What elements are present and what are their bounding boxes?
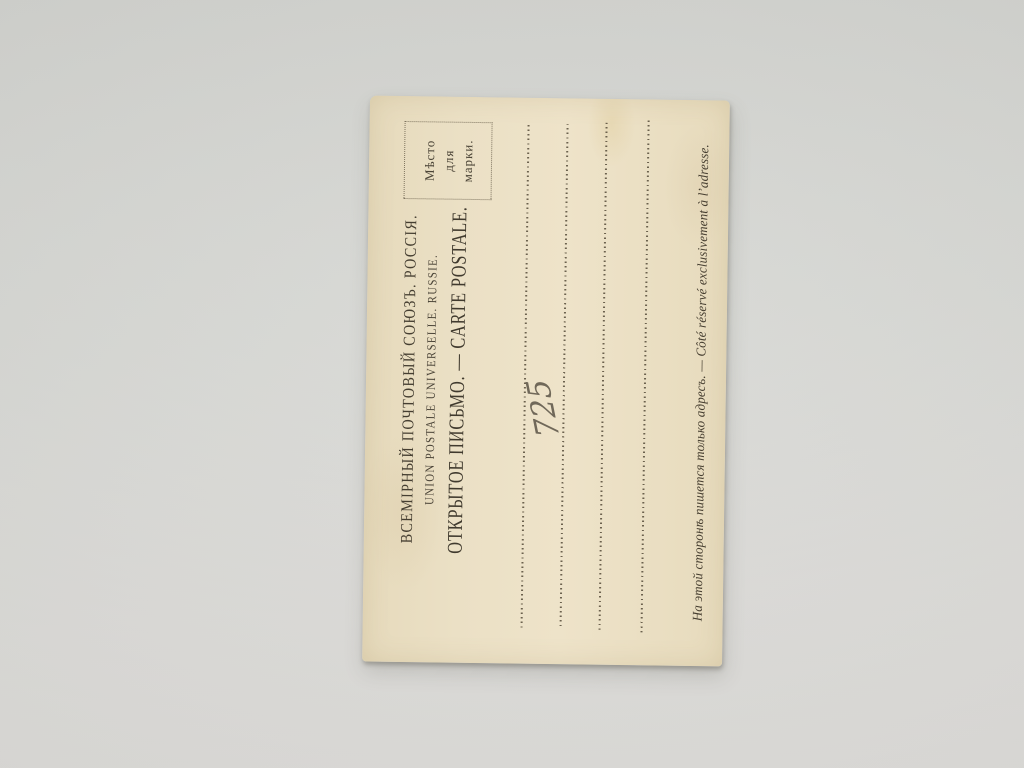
address-line — [560, 124, 569, 626]
footer-note: На этой сторонѣ пишется только адресъ. —… — [689, 100, 713, 666]
postcard-back: Мѣсто для марки. ВСЕМІРНЫЙ ПОЧТОВЫЙ СОЮЗ… — [362, 96, 730, 667]
address-line — [640, 120, 649, 632]
address-line — [599, 123, 608, 630]
address-line — [521, 122, 530, 628]
table-surface: Мѣсто для марки. ВСЕМІРНЫЙ ПОЧТОВЫЙ СОЮЗ… — [0, 0, 1024, 768]
handwritten-number: 725 — [520, 378, 568, 438]
address-lines — [362, 96, 370, 662]
header-line-cyrillic: ВСЕМІРНЫЙ ПОЧТОВЫЙ СОЮЗЪ. РОССІЯ. — [395, 96, 423, 662]
postcard: Мѣсто для марки. ВСЕМІРНЫЙ ПОЧТОВЫЙ СОЮЗ… — [362, 96, 730, 667]
